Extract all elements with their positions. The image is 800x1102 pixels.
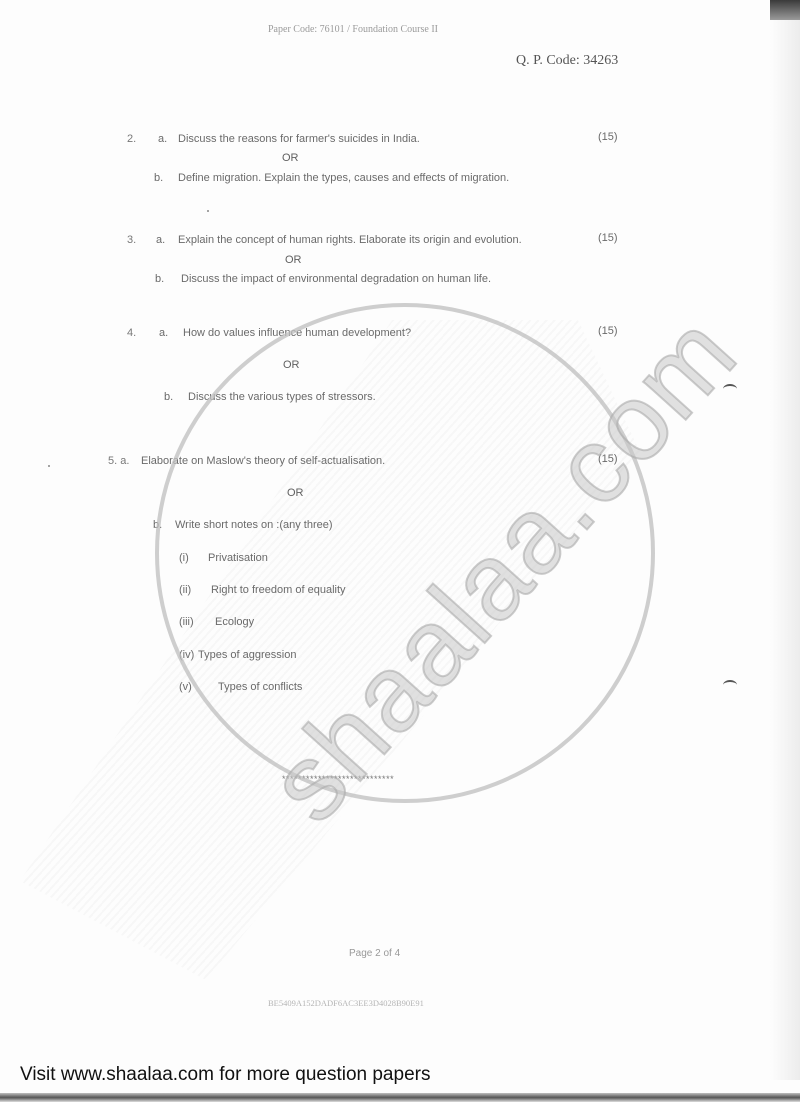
sub-item-label: (i) <box>179 552 189 564</box>
question-part-label: b. <box>154 172 163 184</box>
scan-speck <box>207 210 209 212</box>
question-5b-text: Write short notes on :(any three) <box>175 519 333 531</box>
question-part-label: b. <box>164 391 173 403</box>
sub-item-label: (ii) <box>179 584 191 596</box>
or-separator: OR <box>287 487 304 499</box>
question-part-label: b. <box>155 273 164 285</box>
question-number: 3. <box>127 234 136 246</box>
scan-speck <box>48 465 50 467</box>
sub-item-label: (v) <box>179 681 192 693</box>
scan-right-edge <box>770 20 800 1080</box>
watermark-hatch <box>20 320 640 980</box>
paper-code-line: Paper Code: 76101 / Foundation Course II <box>268 24 438 35</box>
question-part-label: a. <box>156 234 165 246</box>
question-part-label: a. <box>158 133 167 145</box>
question-part-label: a. <box>159 327 168 339</box>
question-2b-text: Define migration. Explain the types, cau… <box>178 172 509 184</box>
question-number: 4. <box>127 327 136 339</box>
question-part-label: b. <box>153 519 162 531</box>
question-paper-page: Paper Code: 76101 / Foundation Course II… <box>0 0 800 1102</box>
sub-item-text: Types of conflicts <box>218 681 302 693</box>
qp-code: Q. P. Code: 34263 <box>516 53 618 69</box>
question-4a-text: How do values influence human developmen… <box>183 327 411 339</box>
visit-banner: Visit www.shaalaa.com for more question … <box>20 1064 430 1086</box>
sub-item-label: (iii) <box>179 616 194 628</box>
punch-hole-mark <box>723 680 737 690</box>
marks: (15) <box>598 325 618 337</box>
question-2a-text: Discuss the reasons for farmer's suicide… <box>178 133 420 145</box>
sub-item-text: Types of aggression <box>198 649 296 661</box>
sub-item-label: (iv) <box>179 649 194 661</box>
page-number: Page 2 of 4 <box>349 948 400 959</box>
question-3a-text: Explain the concept of human rights. Ela… <box>178 234 522 246</box>
sub-item-text: Privatisation <box>208 552 268 564</box>
or-separator: OR <box>283 359 300 371</box>
marks: (15) <box>598 131 618 143</box>
sub-item-text: Ecology <box>215 616 254 628</box>
end-of-paper-marker: **************************** <box>282 774 394 784</box>
question-3b-text: Discuss the impact of environmental degr… <box>181 273 491 285</box>
punch-hole-mark <box>723 384 737 394</box>
sub-item-text: Right to freedom of equality <box>211 584 346 596</box>
question-number: 2. <box>127 133 136 145</box>
scan-edge-shadow <box>770 0 800 20</box>
question-number: 5. a. <box>108 455 129 467</box>
marks: (15) <box>598 232 618 244</box>
question-5a-text: Elaborate on Maslow's theory of self-act… <box>141 455 385 467</box>
question-4b-text: Discuss the various types of stressors. <box>188 391 376 403</box>
paper-hash: BE5409A152DADF6AC3EE3D4028B90E91 <box>268 998 424 1008</box>
marks: (15) <box>598 453 618 465</box>
watermark-text: shaalaa.com <box>243 290 760 845</box>
scan-bottom-edge <box>0 1093 800 1102</box>
or-separator: OR <box>282 152 299 164</box>
or-separator: OR <box>285 254 302 266</box>
